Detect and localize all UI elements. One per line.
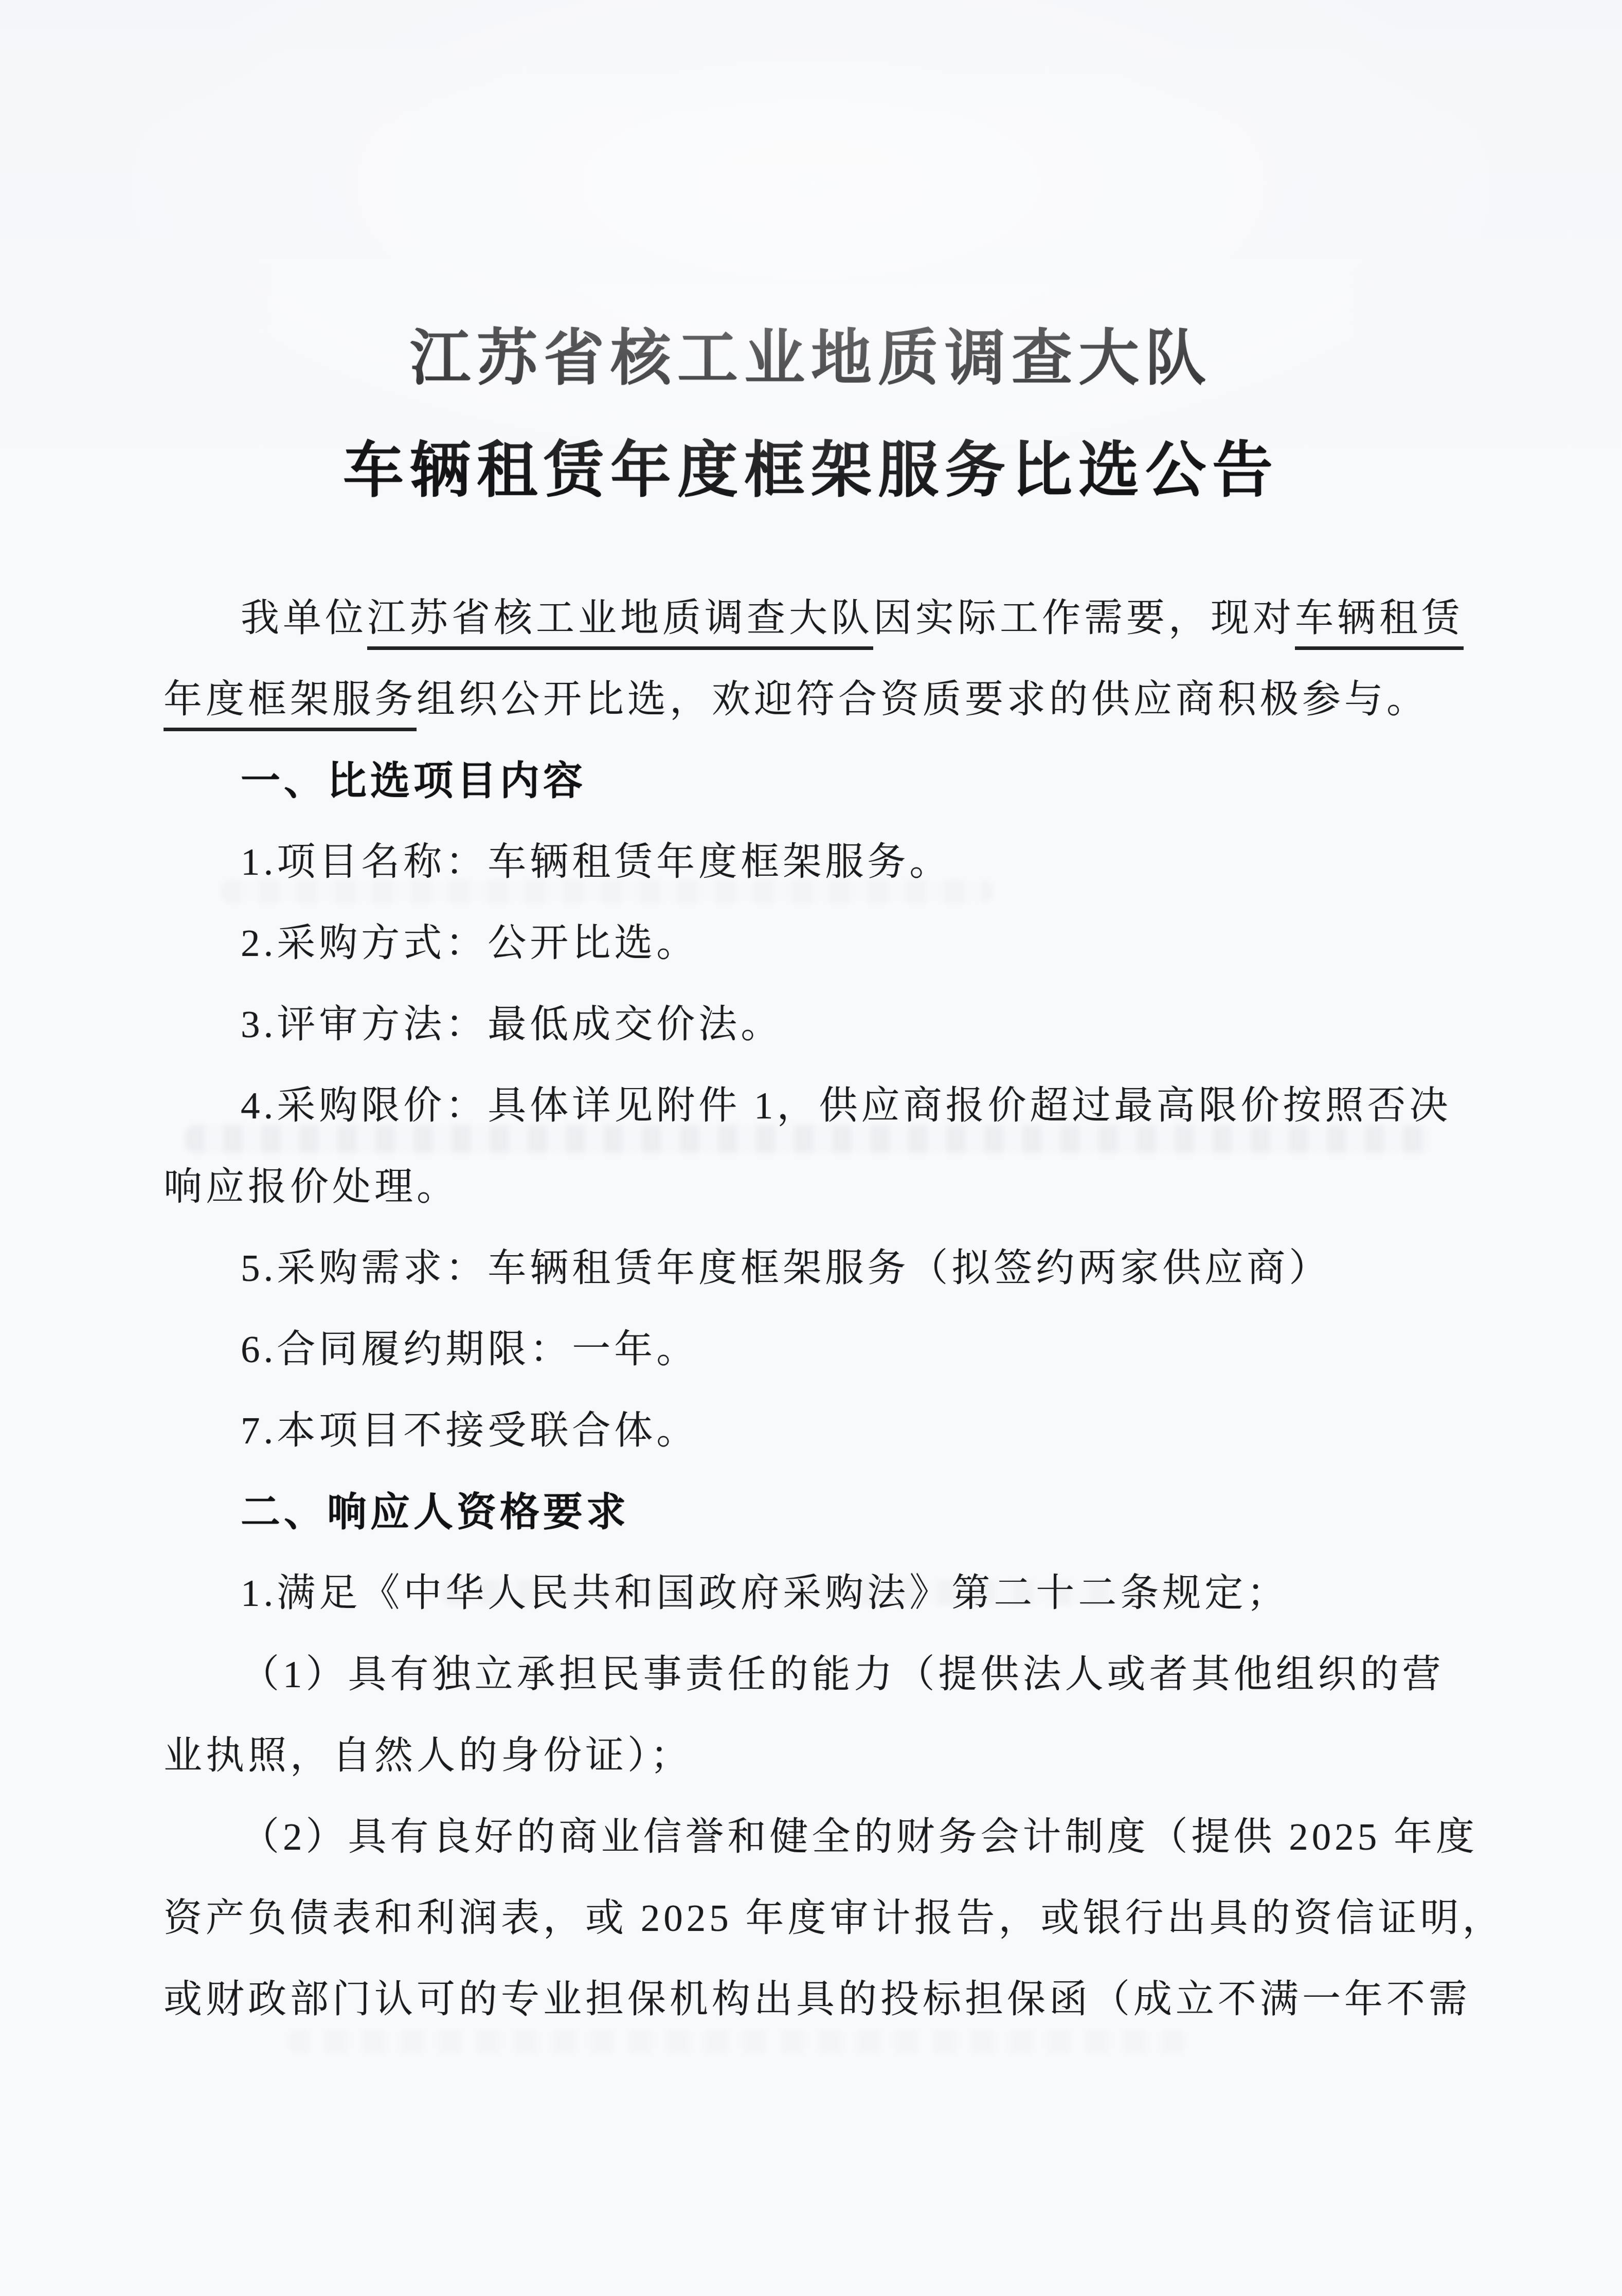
- section2-clause-2-line-1: （2）具有良好的商业信誉和健全的财务会计制度（提供 2025 年度: [164, 1797, 1461, 1878]
- section2-clause-2-line-2: 资产负债表和利润表，或 2025 年度审计报告，或银行出具的资信证明，: [164, 1878, 1461, 1959]
- section2-heading: 二、响应人资格要求: [164, 1472, 1461, 1553]
- underlined-org-name: 江苏省核工业地质调查大队: [367, 597, 873, 650]
- section1-item-5: 5.采购需求：车辆租赁年度框架服务（拟签约两家供应商）: [164, 1228, 1461, 1309]
- intro-text-1: 我单位: [241, 597, 367, 640]
- title-line-2: 车辆租赁年度框架服务比选公告: [0, 414, 1622, 527]
- intro-text-3: 组织公开比选，欢迎符合资质要求的供应商积极参与。: [417, 678, 1429, 721]
- intro-text-2: 因实际工作需要，现对: [873, 597, 1295, 640]
- section2-item-1: 1.满足《中华人民共和国政府采购法》第二十二条规定；: [164, 1553, 1461, 1634]
- intro-paragraph-line-2: 年度框架服务组织公开比选，欢迎符合资质要求的供应商积极参与。: [164, 659, 1461, 740]
- section1-item-4-line-2: 响应报价处理。: [164, 1147, 1461, 1228]
- document-body: 我单位江苏省核工业地质调查大队因实际工作需要，现对车辆租赁 年度框架服务组织公开…: [164, 578, 1461, 2040]
- scanned-document-page: 江苏省核工业地质调查大队 车辆租赁年度框架服务比选公告 我单位江苏省核工业地质调…: [0, 0, 1622, 2296]
- intro-paragraph-line-1: 我单位江苏省核工业地质调查大队因实际工作需要，现对车辆租赁: [164, 578, 1461, 659]
- section2-clause-1-line-1: （1）具有独立承担民事责任的能力（提供法人或者其他组织的营: [164, 1634, 1461, 1715]
- section1-item-2: 2.采购方式：公开比选。: [164, 903, 1461, 984]
- title-line-1: 江苏省核工业地质调查大队: [0, 302, 1622, 414]
- underlined-service-name-part1: 车辆租赁: [1295, 597, 1464, 650]
- underlined-service-name-part2: 年度框架服务: [164, 678, 417, 731]
- section1-item-7: 7.本项目不接受联合体。: [164, 1390, 1461, 1472]
- section1-item-3: 3.评审方法：最低成交价法。: [164, 984, 1461, 1065]
- section1-item-4-line-1: 4.采购限价：具体详见附件 1，供应商报价超过最高限价按照否决: [164, 1065, 1461, 1147]
- section2-clause-2-line-3: 或财政部门认可的专业担保机构出具的投标担保函（成立不满一年不需: [164, 1959, 1461, 2040]
- section2-clause-1-line-2: 业执照，自然人的身份证）；: [164, 1715, 1461, 1797]
- section1-item-6: 6.合同履约期限：一年。: [164, 1309, 1461, 1390]
- section1-heading: 一、比选项目内容: [164, 740, 1461, 822]
- document-title: 江苏省核工业地质调查大队 车辆租赁年度框架服务比选公告: [0, 302, 1622, 527]
- section1-item-1: 1.项目名称：车辆租赁年度框架服务。: [164, 822, 1461, 903]
